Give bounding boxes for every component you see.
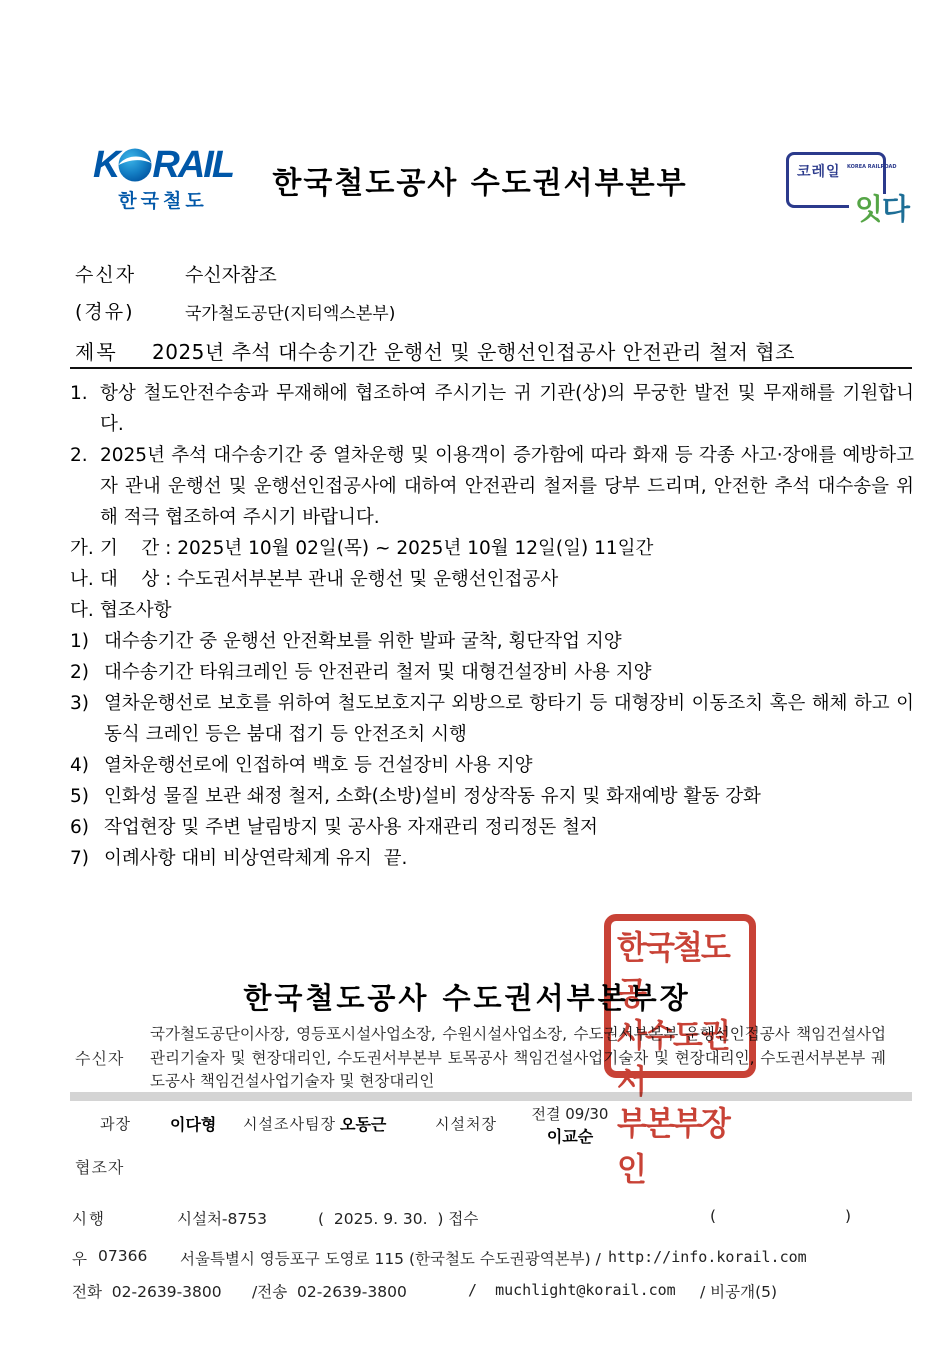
badge-brand-text: 코레일 <box>797 161 841 181</box>
paragraph-1: 1.항상 철도안전수송과 무재해에 협조하여 주시기는 귀 기관(상)의 무궁한… <box>70 378 914 440</box>
approver-role-2: 시설조사팀장 <box>243 1113 336 1134</box>
korail-logo-k: K <box>93 146 118 184</box>
list-item-6-text: 작업현장 및 주변 날림방지 및 공사용 자재관리 정리정돈 철저 <box>104 817 598 838</box>
approver-role-1: 과장 <box>100 1113 131 1134</box>
document-number: 시설처-8753 <box>177 1207 267 1229</box>
contact-email[interactable]: / muchlight@korail.com <box>468 1281 676 1299</box>
korail-globe-icon <box>118 148 152 182</box>
korail-itda-badge: 코레일 KOREA RAILROAD 잇다 <box>786 152 904 218</box>
list-item-2-text: 대수송기간 타워크레인 등 안전관리 철저 및 대형건설장비 사용 지양 <box>104 662 651 683</box>
telephone-number: 전화 02-2639-3800 <box>72 1280 222 1302</box>
privacy-level: / 비공개(5) <box>700 1280 777 1302</box>
list-item-5-text: 인화성 물질 보관 쇄정 철저, 소화(소방)설비 정상작동 유지 및 화재예방… <box>104 786 761 807</box>
zip-code: 07366 <box>98 1247 147 1265</box>
list-item-3: 3)열차운행선로 보호를 위하여 철도보호지구 외방으로 항타기 등 대형장비 … <box>70 688 914 750</box>
signer-title: 한국철도공사 수도권서부본부장 <box>0 976 934 1017</box>
list-item-1-number: 1) <box>70 626 104 657</box>
document-title: 한국철도공사 수도권서부본부 <box>230 158 730 202</box>
paragraph-2: 2.2025년 추석 대수송기간 중 열차운행 및 이용객이 증가함에 따라 화… <box>70 440 914 533</box>
section-divider-bar <box>70 1092 912 1101</box>
approver-name-2: 오동근 <box>340 1112 386 1135</box>
paragraph-2-text: 2025년 추석 대수송기간 중 열차운행 및 이용객이 증가함에 따라 화재 … <box>100 445 914 528</box>
list-item-4-text: 열차운행선로에 인접하여 백호 등 건설장비 사용 지양 <box>104 755 532 776</box>
document-body: 1.항상 철도안전수송과 무재해에 협조하여 주시기는 귀 기관(상)의 무궁한… <box>70 378 914 874</box>
sub-section-na-text: 대 상 : 수도권서부본부 관내 운행선 및 운행선인접공사 <box>100 569 558 590</box>
list-item-7: 7)이례사항 대비 비상연락체계 유지 끝. <box>70 843 914 874</box>
sub-section-na-number: 나. <box>70 564 100 595</box>
list-item-3-text: 열차운행선로 보호를 위하여 철도보호지구 외방으로 항타기 등 대형장비 이동… <box>104 693 914 745</box>
office-address: 서울특별시 영등포구 도영로 115 (한국철도 수도권광역본부) / <box>180 1247 601 1269</box>
official-seal-row-3: 부본부장인 <box>617 1101 743 1193</box>
execution-date: ( 2025. 9. 30. ) 접수 <box>318 1207 478 1229</box>
zip-label: 우 <box>72 1247 87 1269</box>
subject-label: 제목 <box>75 336 118 365</box>
final-approval-decision: 전결 09/30 <box>532 1105 609 1123</box>
badge-slogan-da: 다 <box>882 192 909 226</box>
list-item-3-number: 3) <box>70 688 104 719</box>
list-item-6-number: 6) <box>70 812 104 843</box>
receipt-paren-close: ) <box>845 1207 851 1225</box>
list-item-1-text: 대수송기간 중 운행선 안전확보를 위한 발파 굴착, 횡단작업 지양 <box>104 631 622 652</box>
list-item-2: 2)대수송기간 타워크레인 등 안전관리 철저 및 대형건설장비 사용 지양 <box>70 657 914 688</box>
via-value: 국가철도공단(지티엑스본부) <box>185 299 395 324</box>
sub-section-ga-number: 가. <box>70 533 100 564</box>
execution-label: 시행 <box>72 1207 106 1229</box>
fax-number: /전송 02-2639-3800 <box>252 1280 407 1302</box>
list-item-4: 4)열차운행선로에 인접하여 백호 등 건설장비 사용 지양 <box>70 750 914 781</box>
paragraph-2-number: 2. <box>70 440 100 471</box>
official-seal-row-2: 사수도권서 <box>617 1013 743 1105</box>
sub-section-ga-text: 기 간 : 2025년 10월 02일(목) ~ 2025년 10월 12일(일… <box>100 538 653 559</box>
sub-section-na: 나.대 상 : 수도권서부본부 관내 운행선 및 운행선인접공사 <box>70 564 914 595</box>
recipients-label: 수신자 <box>75 1046 124 1069</box>
sub-section-ga: 가.기 간 : 2025년 10월 02일(목) ~ 2025년 10월 12일… <box>70 533 914 564</box>
official-seal: 한국철도공 사수도권서 부본부장인 <box>604 914 756 1078</box>
list-item-5: 5)인화성 물질 보관 쇄정 철저, 소화(소방)설비 정상작동 유지 및 화재… <box>70 781 914 812</box>
approver-role-3: 시설처장 <box>435 1113 497 1134</box>
cooperator-label: 협조자 <box>75 1155 124 1178</box>
badge-slogan: 잇다 <box>849 194 910 224</box>
via-label: (경유) <box>75 297 135 324</box>
korail-logo: K RAIL 한국철도 <box>78 146 248 213</box>
final-approval: 전결 09/30 이교순 <box>515 1103 625 1147</box>
sub-section-da-number: 다. <box>70 595 100 626</box>
list-item-2-number: 2) <box>70 657 104 688</box>
list-item-7-text: 이례사항 대비 비상연락체계 유지 끝. <box>104 848 407 869</box>
list-item-1: 1)대수송기간 중 운행선 안전확보를 위한 발파 굴착, 횡단작업 지양 <box>70 626 914 657</box>
sub-section-da: 다.협조사항 <box>70 595 914 626</box>
receipt-paren-open: ( <box>710 1207 716 1225</box>
recipients-list: 국가철도공단이사장, 영등포시설사업소장, 수원시설사업소장, 수도권서부본부 … <box>150 1023 886 1094</box>
badge-slogan-it: 잇 <box>855 192 882 226</box>
official-seal-row-1: 한국철도공 <box>617 925 743 1017</box>
paragraph-1-number: 1. <box>70 378 100 409</box>
list-item-4-number: 4) <box>70 750 104 781</box>
recipient-label: 수신자 <box>75 260 136 287</box>
korail-logo-subtitle: 한국철도 <box>78 186 248 213</box>
list-item-6: 6)작업현장 및 주변 날림방지 및 공사용 자재관리 정리정돈 철저 <box>70 812 914 843</box>
subject-divider <box>70 367 912 369</box>
korail-logo-rail: RAIL <box>152 146 233 184</box>
subject-value: 2025년 추석 대수송기간 운행선 및 운행선인접공사 안전관리 철저 협조 <box>152 336 795 365</box>
badge-brand-en-text: KOREA RAILROAD <box>847 164 897 170</box>
approver-name-1: 이다형 <box>170 1112 216 1135</box>
website-url[interactable]: http://info.korail.com <box>608 1248 807 1266</box>
recipient-value: 수신자참조 <box>185 260 277 287</box>
paragraph-1-text: 항상 철도안전수송과 무재해에 협조하여 주시기는 귀 기관(상)의 무궁한 발… <box>100 383 914 435</box>
list-item-5-number: 5) <box>70 781 104 812</box>
final-approval-name: 이교순 <box>547 1127 593 1146</box>
list-item-7-number: 7) <box>70 843 104 874</box>
official-document-page: K RAIL 한국철도 한국철도공사 수도권서부본부 <box>0 0 934 1352</box>
sub-section-da-text: 협조사항 <box>100 600 171 621</box>
